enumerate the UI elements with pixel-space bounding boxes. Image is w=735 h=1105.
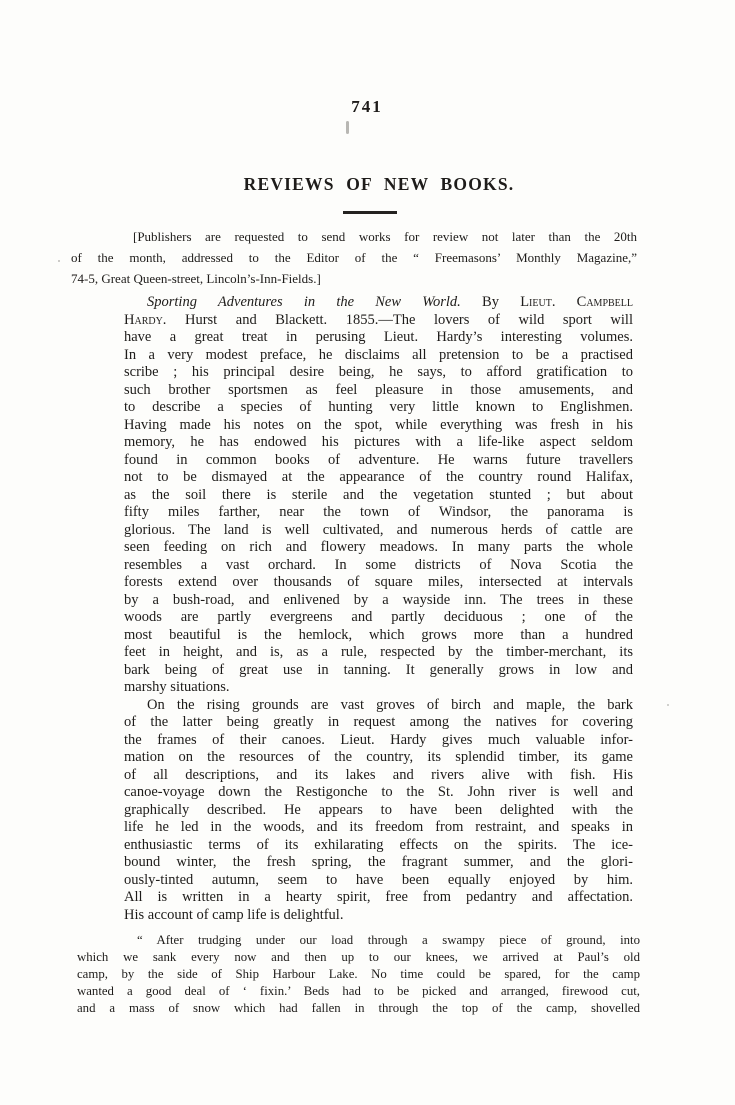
text-line: enthusiastic terms of its exhilarating e…	[124, 837, 633, 855]
text-segment: Hardy.	[124, 312, 166, 328]
text-line: bark being of great use in tanning. It g…	[124, 662, 633, 680]
text-segment: Lieut. Campbell	[520, 294, 633, 310]
text-line: have a great treat in perusing Lieut. Ha…	[124, 329, 633, 347]
text-line: graphically described. He appears to hav…	[124, 802, 633, 820]
ink-smudge-artifact	[346, 121, 349, 134]
quote-paragraph: “ After trudging under our load through …	[77, 932, 640, 1017]
text-line: such brother sportsmen as feel pleasure …	[124, 382, 633, 400]
scanned-magazine-page: 741 REVIEWS OF NEW BOOKS. [Publishers ar…	[0, 0, 735, 1105]
text-segment: woods are partly evergreens and partly d…	[124, 609, 633, 625]
text-line: the frames of their canoes. Lieut. Hardy…	[124, 732, 633, 750]
body-paragraph: On the rising grounds are vast groves of…	[124, 697, 633, 925]
text-line: seen feeding on rich and flowery meadows…	[124, 539, 633, 557]
text-line: glorious. The land is well cultivated, a…	[124, 522, 633, 540]
text-line: Having made his notes on the spot, while…	[124, 417, 633, 435]
text-line: camp, by the side of Ship Harbour Lake. …	[77, 966, 640, 983]
text-line: wanted a good deal of ‘ fixin.’ Beds had…	[77, 983, 640, 1000]
text-segment: to describe a species of hunting very li…	[124, 399, 633, 415]
text-segment: found in common books of adventure. He w…	[124, 452, 633, 468]
text-segment: 74-5, Great Queen-street, Lincoln’s-Inn-…	[71, 271, 321, 286]
text-line: of the month, addressed to the Editor of…	[71, 247, 637, 268]
text-segment: seen feeding on rich and flowery meadows…	[124, 539, 633, 555]
text-line: woods are partly evergreens and partly d…	[124, 609, 633, 627]
text-line: fifty miles farther, near the town of Wi…	[124, 504, 633, 522]
text-segment: Having made his notes on the spot, while…	[124, 417, 633, 433]
text-line: which we sank every now and then up to o…	[77, 949, 640, 966]
text-line: In a very modest preface, he disclaims a…	[124, 347, 633, 365]
text-line: and a mass of snow which had fallen in t…	[77, 1000, 640, 1017]
text-line: 74-5, Great Queen-street, Lincoln’s-Inn-…	[71, 268, 637, 289]
text-line: His account of camp life is delightful.	[124, 907, 633, 925]
text-line: life he led in the woods, and its freedo…	[124, 819, 633, 837]
text-segment: bark being of great use in tanning. It g…	[124, 662, 633, 678]
text-segment: by a bush-road, and enlivened by a waysi…	[124, 592, 633, 608]
text-line: forests extend over thousands of square …	[124, 574, 633, 592]
text-segment: marshy situations.	[124, 679, 230, 695]
text-line: feet in height, and is, as a rule, respe…	[124, 644, 633, 662]
text-line: On the rising grounds are vast groves of…	[124, 697, 633, 715]
text-line: of all descriptions, and its lakes and r…	[124, 767, 633, 785]
text-segment: which we sank every now and then up to o…	[77, 950, 640, 964]
text-segment: forests extend over thousands of square …	[124, 574, 633, 590]
text-segment: All is written in a hearty spirit, free …	[124, 889, 633, 905]
text-segment: ously-tinted autumn, seem to have been e…	[124, 872, 633, 888]
text-segment: canoe-voyage down the Restigonche to the…	[124, 784, 633, 800]
text-segment: graphically described. He appears to hav…	[124, 802, 633, 818]
text-segment: feet in height, and is, as a rule, respe…	[124, 644, 633, 660]
text-line: most beautiful is the hemlock, which gro…	[124, 627, 633, 645]
text-segment: the frames of their canoes. Lieut. Hardy…	[124, 732, 633, 748]
text-line: bound winter, the fresh spring, the frag…	[124, 854, 633, 872]
text-segment: By	[461, 294, 520, 310]
text-segment: Sporting Adventures in the New World.	[147, 294, 461, 310]
text-line: to describe a species of hunting very li…	[124, 399, 633, 417]
text-segment: of all descriptions, and its lakes and r…	[124, 767, 633, 783]
text-segment: enthusiastic terms of its exhilarating e…	[124, 837, 633, 853]
section-heading: REVIEWS OF NEW BOOKS.	[121, 174, 637, 195]
text-segment: memory, he has endowed his pictures with…	[124, 434, 633, 450]
text-segment: bound winter, the fresh spring, the frag…	[124, 854, 633, 870]
text-segment: His account of camp life is delightful.	[124, 907, 343, 923]
text-line: canoe-voyage down the Restigonche to the…	[124, 784, 633, 802]
text-segment: glorious. The land is well cultivated, a…	[124, 522, 633, 538]
text-line: [Publishers are requested to send works …	[71, 226, 637, 247]
heading-rule	[343, 211, 397, 214]
text-segment: camp, by the side of Ship Harbour Lake. …	[77, 967, 640, 981]
text-line: All is written in a hearty spirit, free …	[124, 889, 633, 907]
text-line: found in common books of adventure. He w…	[124, 452, 633, 470]
text-line: scribe ; his principal desire being, he …	[124, 364, 633, 382]
text-line: mation on the resources of the country, …	[124, 749, 633, 767]
text-segment: resembles a vast orchard. In some distri…	[124, 557, 633, 573]
text-segment: fifty miles farther, near the town of Wi…	[124, 504, 633, 520]
text-line: as the soil there is sterile and the veg…	[124, 487, 633, 505]
text-segment: most beautiful is the hemlock, which gro…	[124, 627, 633, 643]
text-segment: such brother sportsmen as feel pleasure …	[124, 382, 633, 398]
text-line: memory, he has endowed his pictures with…	[124, 434, 633, 452]
notice-paragraph: [Publishers are requested to send works …	[71, 226, 637, 289]
text-segment: and a mass of snow which had fallen in t…	[77, 1001, 640, 1015]
text-segment: mation on the resources of the country, …	[124, 749, 633, 765]
article-body: [Publishers are requested to send works …	[0, 226, 735, 1017]
text-line: of the latter being greatly in request a…	[124, 714, 633, 732]
text-segment: “ After trudging under our load through …	[137, 933, 640, 947]
text-segment: as the soil there is sterile and the veg…	[124, 487, 633, 503]
text-segment: have a great treat in perusing Lieut. Ha…	[124, 329, 633, 345]
page-number: 741	[337, 97, 397, 117]
text-segment: [Publishers are requested to send works …	[133, 229, 637, 244]
text-segment: In a very modest preface, he disclaims a…	[124, 347, 633, 363]
text-line: not to be dismayed at the appearance of …	[124, 469, 633, 487]
text-line: Sporting Adventures in the New World. By…	[124, 294, 633, 312]
text-line: by a bush-road, and enlivened by a waysi…	[124, 592, 633, 610]
text-segment: not to be dismayed at the appearance of …	[124, 469, 633, 485]
text-line: “ After trudging under our load through …	[77, 932, 640, 949]
text-segment: of the month, addressed to the Editor of…	[71, 250, 637, 265]
text-line: marshy situations.	[124, 679, 633, 697]
text-segment: life he led in the woods, and its freedo…	[124, 819, 633, 835]
text-line: Hardy. Hurst and Blackett. 1855.—The lov…	[124, 312, 633, 330]
text-segment: of the latter being greatly in request a…	[124, 714, 633, 730]
text-segment: scribe ; his principal desire being, he …	[124, 364, 633, 380]
body-paragraph: Sporting Adventures in the New World. By…	[124, 294, 633, 697]
text-segment: wanted a good deal of ‘ fixin.’ Beds had…	[77, 984, 640, 998]
text-line: resembles a vast orchard. In some distri…	[124, 557, 633, 575]
text-line: ously-tinted autumn, seem to have been e…	[124, 872, 633, 890]
text-segment: Hurst and Blackett. 1855.—The lovers of …	[166, 312, 633, 328]
text-segment: On the rising grounds are vast groves of…	[147, 697, 633, 713]
